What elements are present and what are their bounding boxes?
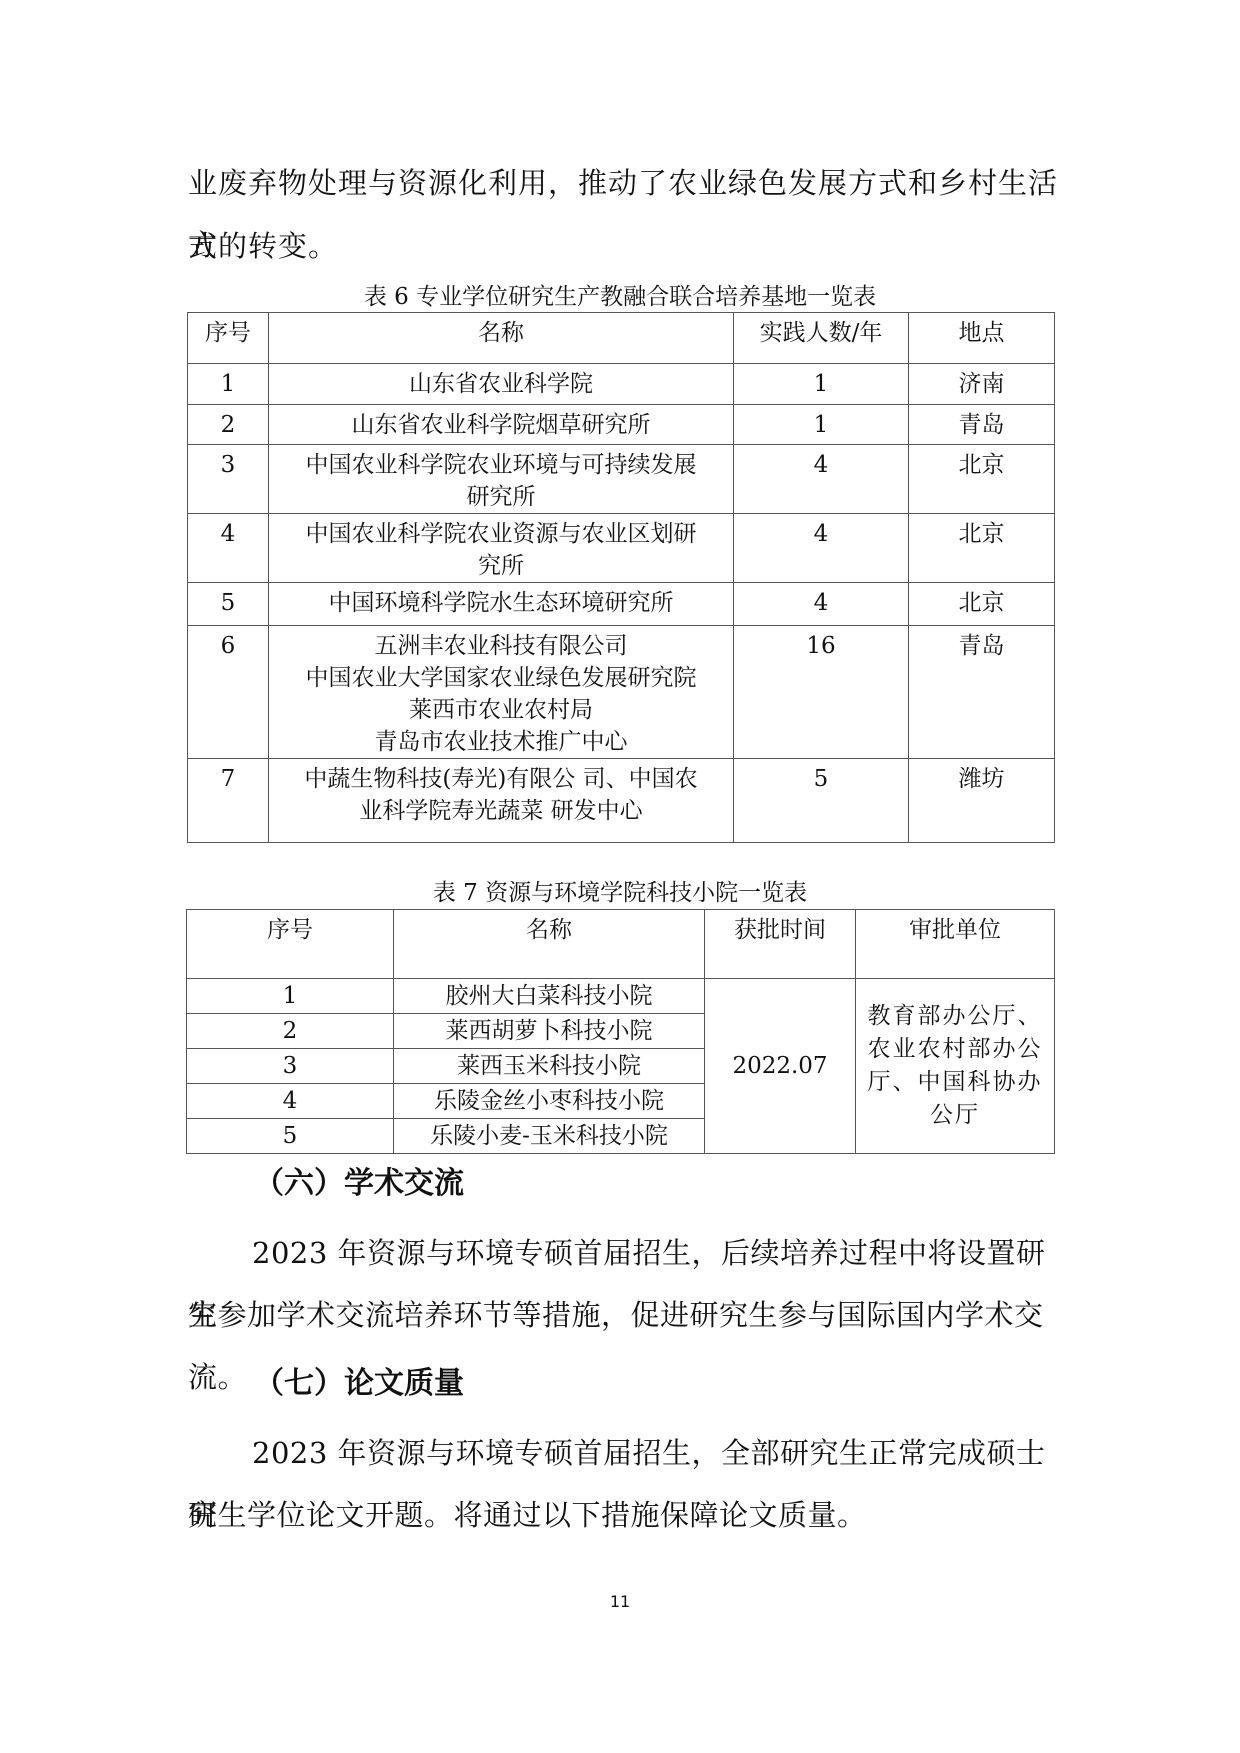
table7-cell-no: 5	[187, 1119, 394, 1154]
table7-cell-no: 2	[187, 1014, 394, 1049]
table6-cell-place: 青岛	[909, 405, 1055, 445]
approver-line: 农业农村部办公	[866, 1033, 1044, 1066]
document-page: 业废弃物处理与资源化利用，推动了农业绿色发展方式和乡村生活方 式的转变。 表 6…	[0, 0, 1240, 1753]
name-line: 莱西市农业农村局	[275, 694, 727, 726]
table6-cell-no: 3	[188, 445, 269, 514]
name-line: 中国环境科学院水生态环境研究所	[275, 587, 727, 619]
table6-cell-name: 中国农业科学院农业环境与可持续发展 研究所	[269, 445, 734, 514]
table6-cell-count: 1	[734, 405, 909, 445]
table6-cell-place: 潍坊	[909, 759, 1055, 843]
table-row: 1 胶州大白菜科技小院 2022.07 教育部办公厅、 农业农村部办公 厅、中国…	[187, 979, 1055, 1014]
table6-cell-no: 2	[188, 405, 269, 445]
name-line: 业科学院寿光蔬菜 研发中心	[275, 795, 727, 827]
table7-header-name: 名称	[394, 910, 705, 979]
table7-cell-no: 1	[187, 979, 394, 1014]
approver-line: 公厅	[866, 1099, 1044, 1132]
table-row: 3 中国农业科学院农业环境与可持续发展 研究所 4 北京	[188, 445, 1055, 514]
table6-cell-place: 青岛	[909, 626, 1055, 759]
name-line: 青岛市农业技术推广中心	[275, 726, 727, 758]
table6-cell-place: 北京	[909, 445, 1055, 514]
name-line: 中蔬生物科技(寿光)有限公 司、中国农	[275, 763, 727, 795]
table-row: 7 中蔬生物科技(寿光)有限公 司、中国农 业科学院寿光蔬菜 研发中心 5 潍坊	[188, 759, 1055, 843]
table6-cell-name: 中国农业科学院农业资源与农业区划研 究所	[269, 514, 734, 583]
table6-cell-count: 4	[734, 583, 909, 626]
table6-cell-no: 1	[188, 364, 269, 405]
name-line: 中国农业大学国家农业绿色发展研究院	[275, 662, 727, 694]
table7-caption: 表 7 资源与环境学院科技小院一览表	[0, 878, 1240, 908]
name-line: 五洲丰农业科技有限公司	[275, 630, 727, 662]
table7-header-row: 序号 名称 获批时间 审批单位	[187, 910, 1055, 979]
table7-cell-name: 胶州大白菜科技小院	[394, 979, 705, 1014]
table6-cell-count: 16	[734, 626, 909, 759]
table6-cell-name: 山东省农业科学院	[269, 364, 734, 405]
table6-cell-no: 4	[188, 514, 269, 583]
table7-cell-name: 乐陵小麦-玉米科技小院	[394, 1119, 705, 1154]
table7-header-date: 获批时间	[705, 910, 856, 979]
table6-header-no: 序号	[188, 313, 269, 364]
table6-cell-count: 4	[734, 514, 909, 583]
page-number: 11	[0, 1592, 1240, 1611]
name-line: 究所	[275, 550, 727, 582]
section7-line-2: 究生学位论文开题。将通过以下措施保障论文质量。	[188, 1484, 1068, 1546]
table6-cell-no: 6	[188, 626, 269, 759]
table-row: 1 山东省农业科学院 1 济南	[188, 364, 1055, 405]
table7-cell-approver: 教育部办公厅、 农业农村部办公 厅、中国科协办 公厅	[856, 979, 1055, 1154]
table7-cell-name: 莱西玉米科技小院	[394, 1049, 705, 1084]
name-line: 山东省农业科学院烟草研究所	[275, 409, 727, 441]
table6-cell-count: 4	[734, 445, 909, 514]
table7-cell-no: 3	[187, 1049, 394, 1084]
table6-cell-count: 1	[734, 364, 909, 405]
name-line: 中国农业科学院农业环境与可持续发展	[275, 449, 727, 481]
table6-header-count: 实践人数/年	[734, 313, 909, 364]
name-line: 山东省农业科学院	[275, 368, 727, 400]
table6-header-place: 地点	[909, 313, 1055, 364]
table-row: 5 中国环境科学院水生态环境研究所 4 北京	[188, 583, 1055, 626]
table-row: 4 中国农业科学院农业资源与农业区划研 究所 4 北京	[188, 514, 1055, 583]
table7-cell-approval-date: 2022.07	[705, 979, 856, 1154]
table6-cell-no: 7	[188, 759, 269, 843]
approver-line: 教育部办公厅、	[866, 1000, 1044, 1033]
table6-cell-name: 五洲丰农业科技有限公司 中国农业大学国家农业绿色发展研究院 莱西市农业农村局 青…	[269, 626, 734, 759]
section7-heading: （七）论文质量	[254, 1364, 464, 1404]
table6-cell-count: 5	[734, 759, 909, 843]
table7-science-courtyards: 序号 名称 获批时间 审批单位 1 胶州大白菜科技小院 2022.07 教育部办…	[186, 909, 1055, 1154]
name-line: 研究所	[275, 481, 727, 513]
table6-training-bases: 序号 名称 实践人数/年 地点 1 山东省农业科学院 1 济南 2 山东省农业科…	[187, 312, 1055, 843]
approver-line: 厅、中国科协办	[866, 1066, 1044, 1099]
name-line: 中国农业科学院农业资源与农业区划研	[275, 518, 727, 550]
table6-cell-place: 北京	[909, 583, 1055, 626]
table7-cell-name: 莱西胡萝卜科技小院	[394, 1014, 705, 1049]
table6-cell-no: 5	[188, 583, 269, 626]
intro-line-2: 式的转变。	[188, 215, 1058, 277]
table-row: 2 山东省农业科学院烟草研究所 1 青岛	[188, 405, 1055, 445]
table7-cell-name: 乐陵金丝小枣科技小院	[394, 1084, 705, 1119]
section6-heading: （六）学术交流	[254, 1164, 464, 1204]
table6-caption: 表 6 专业学位研究生产教融合联合培养基地一览表	[0, 282, 1240, 312]
table6-cell-name: 中蔬生物科技(寿光)有限公 司、中国农 业科学院寿光蔬菜 研发中心	[269, 759, 734, 843]
table6-cell-place: 济南	[909, 364, 1055, 405]
table6-header-name: 名称	[269, 313, 734, 364]
table6-cell-name: 山东省农业科学院烟草研究所	[269, 405, 734, 445]
table6-cell-place: 北京	[909, 514, 1055, 583]
table6-header-row: 序号 名称 实践人数/年 地点	[188, 313, 1055, 364]
table7-header-approver: 审批单位	[856, 910, 1055, 979]
table7-cell-no: 4	[187, 1084, 394, 1119]
table-row: 6 五洲丰农业科技有限公司 中国农业大学国家农业绿色发展研究院 莱西市农业农村局…	[188, 626, 1055, 759]
table7-header-no: 序号	[187, 910, 394, 979]
table6-cell-name: 中国环境科学院水生态环境研究所	[269, 583, 734, 626]
